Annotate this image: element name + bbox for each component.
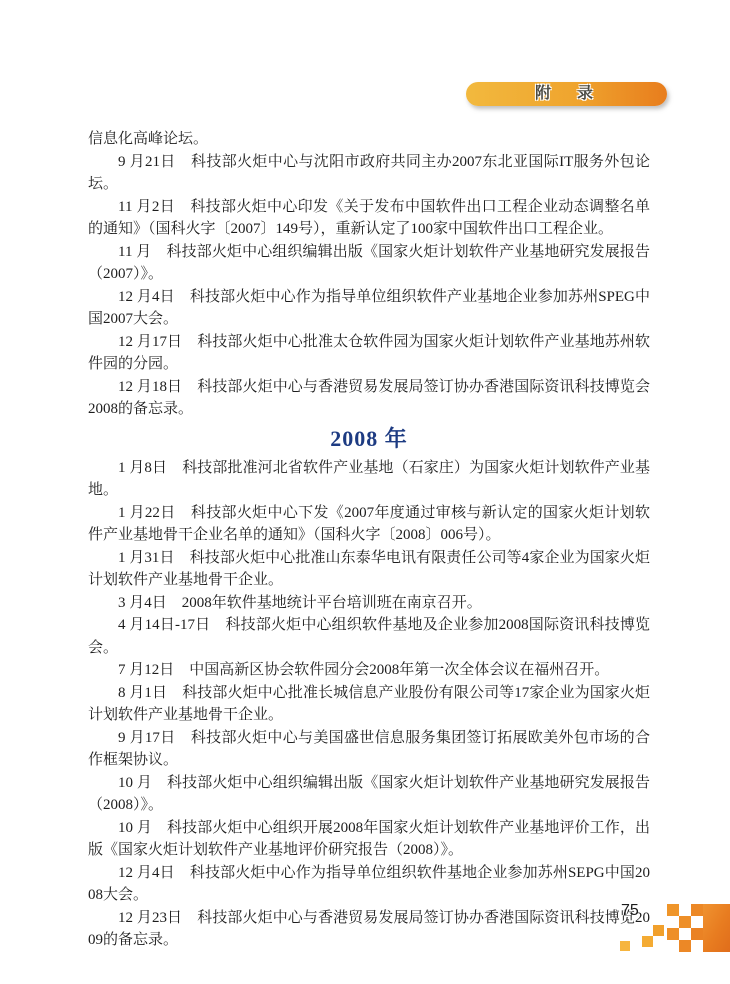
mosaic-square [691,904,703,916]
mosaic-square [667,928,679,940]
event-paragraph: 1 月22日 科技部火炬中心下发《2007年度通过审核与新认定的国家火炬计划软件… [88,502,650,547]
mosaic-square [667,904,679,916]
event-paragraph: 3 月4日 2008年软件基地统计平台培训班在南京召开。 [88,592,650,615]
event-paragraph: 信息化高峰论坛。 [88,128,650,151]
event-paragraph: 12 月17日 科技部火炬中心批准太仓软件园为国家火炬计划软件产业基地苏州软件园… [88,331,650,376]
section-2008-events: 1 月8日 科技部批准河北省软件产业基地（石家庄）为国家火炬计划软件产业基地。1… [88,457,650,952]
mosaic-square [691,928,703,940]
event-paragraph: 7 月12日 中国高新区协会软件园分会2008年第一次全体会议在福州召开。 [88,659,650,682]
event-paragraph: 12 月4日 科技部火炬中心作为指导单位组织软件基地企业参加苏州SEPG中国20… [88,862,650,907]
mosaic-square [679,940,691,952]
event-paragraph: 8 月1日 科技部火炬中心批准长城信息产业股份有限公司等17家企业为国家火炬计划… [88,682,650,727]
appendix-tab: 附 录 [466,82,667,106]
mosaic-square [620,941,630,951]
event-paragraph: 10 月 科技部火炬中心组织开展2008年国家火炬计划软件产业基地评价工作，出版… [88,817,650,862]
section-2007-events: 信息化高峰论坛。9 月21日 科技部火炬中心与沈阳市政府共同主办2007东北亚国… [88,128,650,421]
event-paragraph: 11 月 科技部火炬中心组织编辑出版《国家火炬计划软件产业基地研究发展报告（20… [88,241,650,286]
event-paragraph: 1 月8日 科技部批准河北省软件产业基地（石家庄）为国家火炬计划软件产业基地。 [88,457,650,502]
mosaic-square [642,936,653,947]
event-paragraph: 12 月4日 科技部火炬中心作为指导单位组织软件产业基地企业参加苏州SPEG中国… [88,286,650,331]
event-paragraph: 12 月18日 科技部火炬中心与香港贸易发展局签订协办香港国际资讯科技博览会20… [88,376,650,421]
mosaic-solid-block [703,904,730,952]
event-paragraph: 9 月21日 科技部火炬中心与沈阳市政府共同主办2007东北亚国际IT服务外包论… [88,151,650,196]
event-paragraph: 12 月23日 科技部火炬中心与香港贸易发展局签订协办香港国际资讯科技博览200… [88,907,650,952]
page-content: 信息化高峰论坛。9 月21日 科技部火炬中心与沈阳市政府共同主办2007东北亚国… [88,128,650,952]
appendix-tab-label: 附 录 [535,82,598,106]
event-paragraph: 11 月2日 科技部火炬中心印发《关于发布中国软件出口工程企业动态调整名单的通知… [88,196,650,241]
section-heading-2008: 2008 年 [88,425,650,453]
event-paragraph: 9 月17日 科技部火炬中心与美国盛世信息服务集团签订拓展欧美外包市场的合作框架… [88,727,650,772]
event-paragraph: 10 月 科技部火炬中心组织编辑出版《国家火炬计划软件产业基地研究发展报告（20… [88,772,650,817]
page-number: 75 [621,902,639,920]
event-paragraph: 4 月14日-17日 科技部火炬中心组织软件基地及企业参加2008国际资讯科技博… [88,614,650,659]
event-paragraph: 1 月31日 科技部火炬中心批准山东泰华电讯有限责任公司等4家企业为国家火炬计划… [88,547,650,592]
mosaic-square [679,916,691,928]
mosaic-square [653,925,664,936]
